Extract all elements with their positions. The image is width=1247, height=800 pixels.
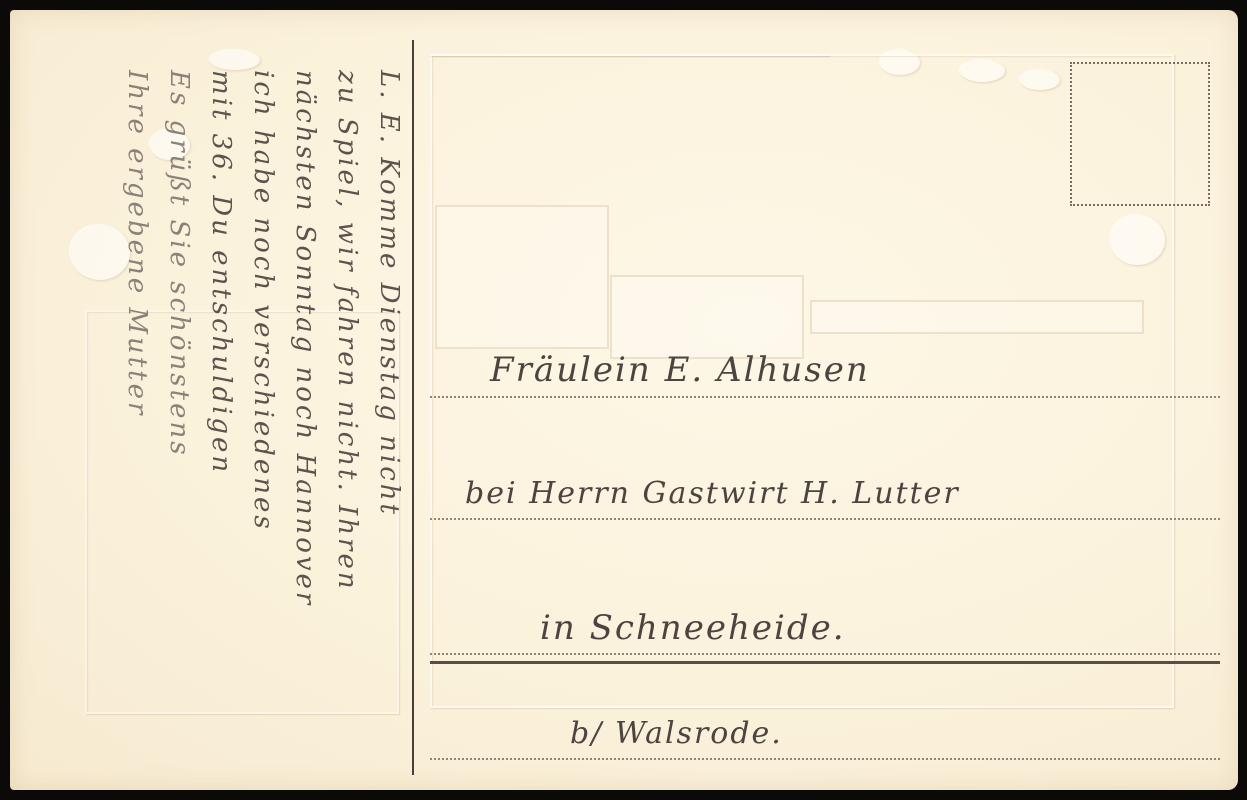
address-line-1-rule: [430, 396, 1220, 398]
address-line-1: Fräulein E. Alhusen: [490, 350, 870, 390]
message-line: L. E. Komme Dienstag nicht: [368, 70, 410, 790]
center-divider: [412, 40, 414, 775]
address-line-3: in Schneeheide.: [540, 608, 846, 648]
stamp-box: [1070, 62, 1210, 206]
address-line-3-rule: [430, 653, 1220, 655]
postcard: Fräulein E. Alhusen bei Herrn Gastwirt H…: [10, 10, 1238, 790]
message-line: mit 36. Du entschuldigen: [200, 70, 242, 790]
message-line: zu Spiel, wir fahren nicht. Ihren: [326, 70, 368, 790]
address-line-2-rule: [430, 518, 1220, 520]
message-line: nächsten Sonntag noch Hannover: [284, 70, 326, 790]
message-line: ich habe noch verschiedenes: [242, 70, 284, 790]
message-line: Es grüßt Sie schönstens: [158, 70, 200, 790]
address-line-4: b/ Walsrode.: [570, 716, 783, 751]
handwritten-message: L. E. Komme Dienstag nicht zu Spiel, wir…: [116, 70, 410, 790]
address-line-4-rule: [430, 758, 1220, 760]
message-line: Ihre ergebene Mutter: [116, 70, 158, 790]
address-underline: [430, 661, 1220, 664]
address-line-2: bei Herrn Gastwirt H. Lutter: [465, 476, 960, 511]
